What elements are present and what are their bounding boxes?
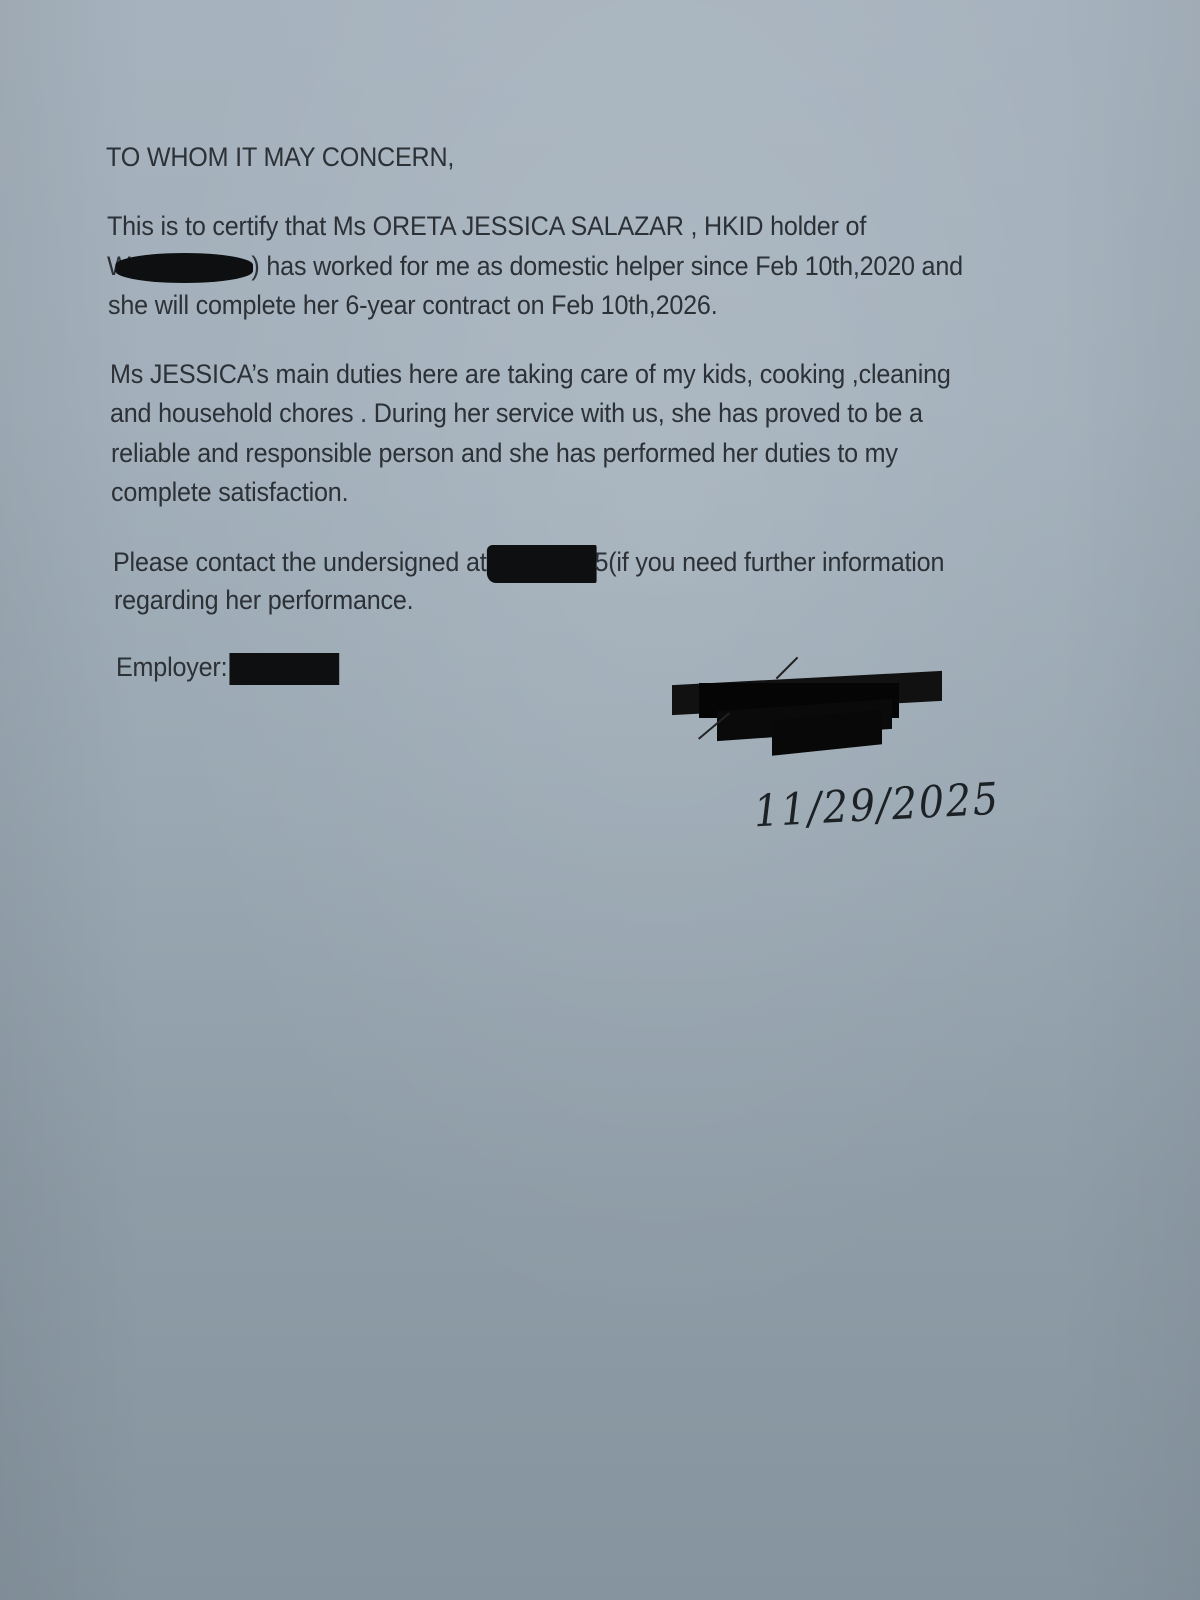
paragraph2-line1: Ms JESSICA’s main duties here are taking…	[110, 359, 951, 390]
paragraph1-line1: This is to certify that Ms ORETA JESSICA…	[107, 211, 866, 242]
hkid-redaction	[116, 253, 254, 283]
paragraph1-line2-text: ) has worked for me as domestic helper s…	[251, 251, 962, 281]
contact-suffix: 5(if you need further information	[594, 547, 944, 577]
paragraph1-line3: she will complete her 6-year contract on…	[108, 290, 717, 321]
employer-line: Employer:	[116, 652, 339, 685]
phone-redaction	[487, 545, 597, 583]
paragraph3-line1: Please contact the undersigned at5(if yo…	[113, 545, 944, 583]
contact-prefix: Please contact the undersigned at	[113, 547, 487, 577]
paragraph2-line3: reliable and responsible person and she …	[111, 438, 898, 469]
paragraph2-line4: complete satisfaction.	[111, 477, 348, 508]
salutation: TO WHOM IT MAY CONCERN,	[106, 142, 454, 173]
signature-redaction	[672, 675, 942, 760]
employer-label: Employer:	[116, 652, 227, 682]
paragraph1-line2: W) has worked for me as domestic helper …	[107, 251, 963, 283]
paragraph3-line2: regarding her performance.	[114, 585, 413, 616]
employer-name-redaction	[229, 653, 339, 685]
paragraph2-line2: and household chores . During her servic…	[110, 398, 923, 429]
handwritten-date: 11/29/2025	[753, 774, 1002, 838]
